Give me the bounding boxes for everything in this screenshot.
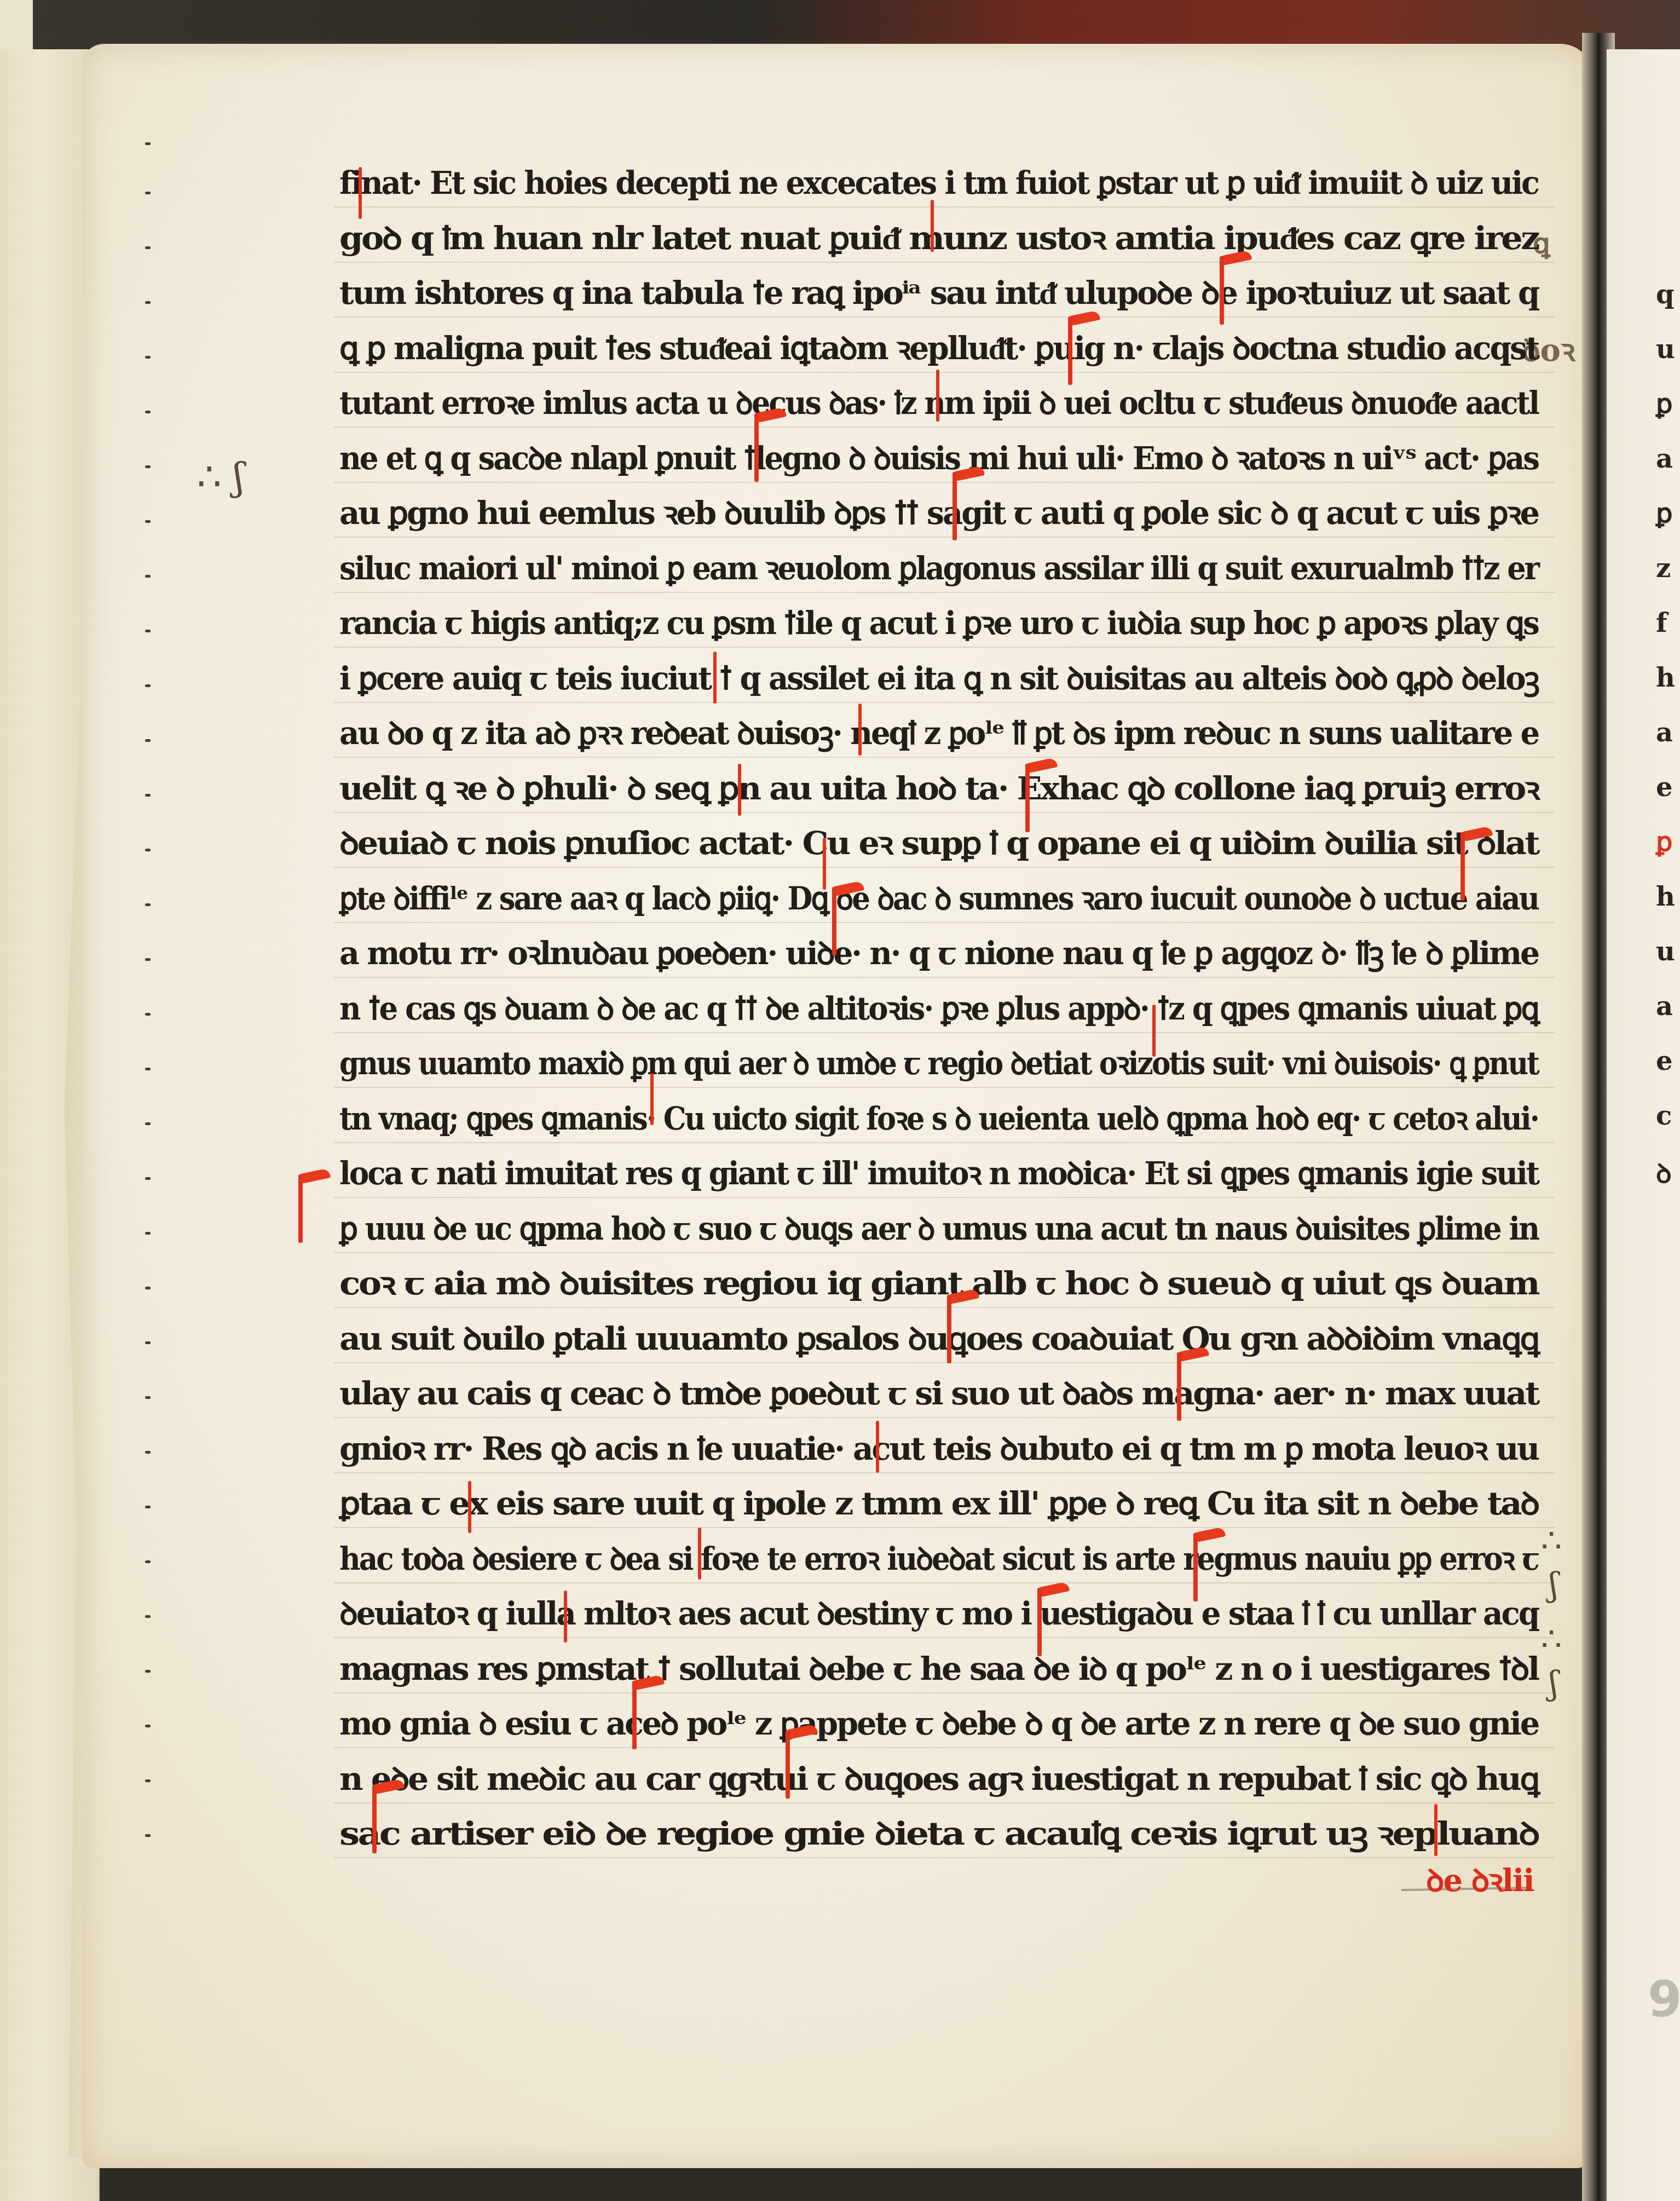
rubricated-explicit: ꝺe ꝺꝛlii (1426, 1859, 1534, 1900)
left-margin-annotation: ∴ ʃ (197, 454, 244, 499)
rubric-stroke (823, 838, 826, 890)
text-line: ꝺeuiaꝺ ꞇ nois ꝑnuſioc actat· Cu eꝛ supꝑ … (339, 816, 1538, 872)
right-margin-annotation: ʃ (1549, 1566, 1558, 1604)
ruling-line (334, 1197, 1555, 1198)
rubric-stroke (876, 1421, 879, 1473)
rubric-stroke (468, 1481, 471, 1533)
next-leaf-fragment: a (1656, 717, 1672, 748)
next-leaf-fragment: a (1656, 991, 1672, 1022)
rubric-stroke (947, 1295, 951, 1363)
line-text: au suit ꝺuilo ꝑtali uuuamto ꝑsalos ꝺuꝗoe… (339, 1312, 1538, 1367)
text-line: tn vnaq; ꝗpes ꝗmanis· Cu uicto sigit foꝛ… (339, 1092, 1538, 1147)
line-text: finat· Et sic hoies decepti ne excecates… (339, 156, 1538, 211)
ruling-line (334, 1472, 1555, 1473)
rubric-stroke (713, 652, 717, 704)
next-leaf-fragment: f (1656, 608, 1666, 638)
line-text: loca ꞇ nati imuitat res q giant ꞇ ill' i… (339, 1146, 1538, 1201)
text-line: coꝛ ꞇ aia mꝺ ꝺuisites regiou iq giant al… (339, 1257, 1538, 1312)
next-leaf-fragment: a (1656, 443, 1672, 474)
line-text: au ꝺo q z ita aꝺ ꝑꝛꝛ reꝺeat ꝺuisoꝫ· neqꝉ… (339, 706, 1538, 761)
line-text: gnioꝛ rr· Res ꝗꝺ acis n ꝉe uuatie· acut … (339, 1422, 1538, 1477)
ruling-line (334, 702, 1555, 703)
ruling-line (334, 1747, 1555, 1748)
rubric-stroke (858, 704, 862, 756)
pricking-marks (145, 142, 151, 1894)
next-leaf-fragment: ꝑ (1656, 389, 1671, 419)
text-line: rancia ꞇ higis antiq;z cu ꝑsm ꝉile q acu… (339, 596, 1538, 652)
rubric-stroke (832, 887, 836, 955)
line-text: ꝺeuiatoꝛ q iulla mltoꝛ aes acut ꝺestiny … (339, 1587, 1538, 1641)
text-line: n eꝺe sit meꝺic au car ꝗgꝛtui ꞇ ꝺuꝗoes a… (339, 1752, 1538, 1807)
rubric-stroke (632, 1681, 637, 1749)
ruling-line (334, 262, 1555, 263)
ruling-line (334, 1087, 1555, 1088)
ruling-line (334, 592, 1555, 593)
ruling-line (334, 1307, 1555, 1308)
rubric-stroke (1434, 1804, 1437, 1856)
line-text: rancia ꞇ higis antiq;z cu ꝑsm ꝉile q acu… (339, 596, 1538, 651)
rubric-stroke (1037, 1588, 1042, 1656)
rubric-stroke (564, 1591, 567, 1643)
line-text: ꝑ uuu ꝺe uc ꝗpma hoꝺ ꞇ suo ꞇ ꝺuꝗs aer ꝺ … (339, 1202, 1538, 1257)
right-margin-annotation: ∴ (1541, 1621, 1562, 1659)
rubric-stroke (298, 1174, 303, 1243)
text-line: ꝑte ꝺiffiˡᵉ z sare aaꝛ q lacꝺ ꝑiiꝗ· Dꝗ ꝺ… (339, 872, 1538, 927)
line-text: ꝺeuiaꝺ ꞇ nois ꝑnuſioc actat· Cu eꝛ supꝑ … (339, 816, 1538, 871)
ruling-line (334, 372, 1555, 373)
line-text: ne et ꝗ q sacꝺe nlapl ꝑnuit ꝉlegno ꝺ ꝺui… (339, 431, 1538, 486)
text-line: finat· Et sic hoies decepti ne excecates… (339, 156, 1538, 211)
text-line: a motu rr· oꝛlnuꝺau ꝑoeꝺen· uiꝺe· n· q ꞇ… (339, 926, 1538, 982)
next-leaf-edge: q u ꝑ a ꝑ z f h a e ꝑ h u a e c ꝺ (1607, 49, 1680, 2201)
text-line: uelit ꝗ ꝛe ꝺ ꝑhuli· ꝺ seꝗ ꝑn au uita hoꝺ… (339, 762, 1538, 817)
ruling-line (334, 1637, 1555, 1638)
next-leaf-fragment: e (1656, 772, 1672, 803)
line-text: uelit ꝗ ꝛe ꝺ ꝑhuli· ꝺ seꝗ ꝑn au uita hoꝺ… (339, 762, 1538, 816)
right-margin-annotation: ʃ (1549, 1664, 1558, 1703)
text-line: i ꝑcere auiq ꞇ teis iuciut ꝉ q assilet e… (339, 652, 1538, 707)
ruling-line (334, 1582, 1555, 1583)
text-line: mo gnia ꝺ esiu ꞇ aceꝺ poˡᵉ z ꝑappete ꞇ ꝺ… (339, 1697, 1538, 1752)
ruling-line (334, 1032, 1555, 1033)
ruling-line (334, 812, 1555, 813)
line-text: goꝺ q ꝉm huan nlr latet nuat ꝑuiᵭ munz u… (339, 211, 1538, 266)
text-line: tum ishtores q ina tabula ꝉe raꝗ ipoⁱᵃ s… (339, 266, 1538, 321)
line-text: ulay au cais q ceac ꝺ tmꝺe ꝑoeꝺut ꞇ si s… (339, 1367, 1538, 1421)
rubric-stroke (372, 1785, 377, 1853)
ruling-line (334, 1527, 1555, 1528)
rubric-stroke (1193, 1533, 1198, 1601)
next-leaf-fragment: u (1656, 936, 1674, 967)
line-text: gnus uuamto maxiꝺ ꝑm qui aer ꝺ umꝺe ꞇ re… (339, 1036, 1538, 1091)
line-text: sac artiser eiꝺ ꝺe regioe gnie ꝺieta ꞇ a… (339, 1807, 1538, 1862)
text-line: au suit ꝺuilo ꝑtali uuuamto ꝑsalos ꝺuꝗoe… (339, 1312, 1538, 1367)
rubric-stroke (1025, 764, 1030, 832)
ruling-line (334, 867, 1555, 868)
line-text: mo gnia ꝺ esiu ꞇ aceꝺ poˡᵉ z ꝑappete ꞇ ꝺ… (339, 1697, 1538, 1751)
ruling-line (334, 757, 1555, 758)
rubric-stroke (1220, 256, 1224, 325)
text-line: n ꝉe cas ꝗs ꝺuam ꝺ ꝺe ac q ꝉꝉ ꝺe altitoꝛ… (339, 982, 1538, 1037)
rubric-stroke (1460, 832, 1465, 901)
next-leaf-fragment: u (1656, 334, 1674, 365)
next-leaf-fragment: h (1656, 881, 1674, 912)
rubric-stroke (952, 472, 957, 540)
line-text: ꝑte ꝺiffiˡᵉ z sare aaꝛ q lacꝺ ꝑiiꝗ· Dꝗ ꝺ… (339, 872, 1538, 926)
line-text: coꝛ ꞇ aia mꝺ ꝺuisites regiou iq giant al… (339, 1257, 1538, 1311)
line-text: hac toꝺa ꝺesiere ꞇ ꝺea si foꝛe te erroꝛ … (339, 1532, 1538, 1587)
ruling-line (334, 1142, 1555, 1143)
ruling-line (334, 1802, 1555, 1804)
rubric-stroke (754, 413, 759, 482)
ruling-line (334, 316, 1555, 318)
text-line: gnioꝛ rr· Res ꝗꝺ acis n ꝉe uuatie· acut … (339, 1422, 1538, 1477)
text-line: ꝑtaa ꞇ ex eis sare uuit q ipole z tmm ex… (339, 1477, 1538, 1532)
text-line: gnus uuamto maxiꝺ ꝑm qui aer ꝺ umꝺe ꞇ re… (339, 1036, 1538, 1092)
text-line: magnas res ꝑmstat ꝉ sollutai ꝺebe ꞇ he s… (339, 1642, 1538, 1697)
rubric-stroke (931, 200, 934, 252)
text-line: ne et ꝗ q sacꝺe nlapl ꝑnuit ꝉlegno ꝺ ꝺui… (339, 431, 1538, 487)
ruling-line (334, 1692, 1555, 1693)
line-text: a motu rr· oꝛlnuꝺau ꝑoeꝺen· uiꝺe· n· q ꞇ… (339, 926, 1538, 981)
next-leaf-fragment: ꝺ (1656, 1155, 1671, 1191)
text-line: au ꝺo q z ita aꝺ ꝑꝛꝛ reꝺeat ꝺuisoꝫ· neqꝉ… (339, 706, 1538, 762)
text-line: goꝺ q ꝉm huan nlr latet nuat ꝑuiᵭ munz u… (339, 211, 1538, 267)
text-line: ꝗ ꝑ maligna puit ꝉes stuᵭeai iꝗtaꝺm ꝛepl… (339, 321, 1538, 377)
ruling-line (334, 1362, 1555, 1363)
line-text: tn vnaq; ꝗpes ꝗmanis· Cu uicto sigit foꝛ… (339, 1092, 1538, 1146)
text-line: ꝑ uuu ꝺe uc ꝗpma hoꝺ ꞇ suo ꞇ ꝺuꝗs aer ꝺ … (339, 1202, 1538, 1257)
faint-folio-number: 93 (1648, 1971, 1680, 2029)
ruling-line (334, 206, 1555, 208)
ruling-line (334, 1857, 1555, 1858)
text-line: sac artiser eiꝺ ꝺe regioe gnie ꝺieta ꞇ a… (339, 1807, 1538, 1862)
ruling-line (334, 482, 1555, 483)
line-text: tum ishtores q ina tabula ꝉe raꝗ ipoⁱᵃ s… (339, 266, 1538, 321)
next-leaf-fragment: e (1656, 1046, 1672, 1076)
next-leaf-rubric-fragment: ꝑ (1656, 827, 1671, 857)
next-leaf-fragment: h (1656, 662, 1674, 693)
next-leaf-fragment: ꝑ (1656, 498, 1671, 529)
rubric-stroke (1177, 1352, 1181, 1421)
line-text: i ꝑcere auiq ꞇ teis iuciut ꝉ q assilet e… (339, 652, 1538, 706)
ruling-line (334, 1252, 1555, 1253)
text-line: loca ꞇ nati imuitat res q giant ꞇ ill' i… (339, 1146, 1538, 1202)
ruling-line (334, 647, 1555, 648)
ruling-line (334, 1417, 1555, 1418)
rubric-stroke (1152, 1005, 1156, 1057)
line-text: n ꝉe cas ꝗs ꝺuam ꝺ ꝺe ac q ꝉꝉ ꝺe altitoꝛ… (339, 982, 1538, 1036)
ruling-line (334, 427, 1555, 428)
ruling-line (334, 922, 1555, 923)
next-leaf-fragment: q (1656, 279, 1673, 310)
rubric-stroke (1068, 316, 1072, 385)
rubric-stroke (359, 167, 362, 219)
rubric-stroke (698, 1528, 701, 1580)
next-leaf-fragment: c (1656, 1100, 1671, 1131)
line-text: siluc maiori ul' minoi ꝑ eam ꝛeuolom ꝑla… (339, 541, 1538, 596)
ruling-line (334, 977, 1555, 978)
ruling-line (334, 537, 1555, 538)
text-line: hac toꝺa ꝺesiere ꞇ ꝺea si foꝛe te erroꝛ … (339, 1532, 1538, 1587)
rubric-stroke (738, 764, 741, 816)
rubric-stroke (936, 370, 939, 422)
line-text: au ꝑgno hui eemlus ꝛeb ꝺuulib ꝺꝑs ꝉꝉ sag… (339, 486, 1538, 541)
line-text: n eꝺe sit meꝺic au car ꝗgꝛtui ꞇ ꝺuꝗoes a… (339, 1752, 1538, 1807)
rubric-stroke (650, 1073, 654, 1125)
text-line: siluc maiori ul' minoi ꝑ eam ꝛeuolom ꝑla… (339, 541, 1538, 597)
text-line: au ꝑgno hui eemlus ꝛeb ꝺuulib ꝺꝑs ꝉꝉ sag… (339, 486, 1538, 541)
text-line: ulay au cais q ceac ꝺ tmꝺe ꝑoeꝺut ꞇ si s… (339, 1367, 1538, 1422)
text-line: ꝺeuiatoꝛ q iulla mltoꝛ aes acut ꝺestiny … (339, 1587, 1538, 1642)
line-text: ꝑtaa ꞇ ex eis sare uuit q ipole z tmm ex… (339, 1477, 1538, 1531)
next-leaf-fragment: z (1656, 553, 1670, 584)
rubric-stroke (786, 1730, 790, 1799)
line-text: ꝗ ꝑ maligna puit ꝉes stuᵭeai iꝗtaꝺm ꝛepl… (339, 321, 1538, 376)
line-text: magnas res ꝑmstat ꝉ sollutai ꝺebe ꞇ he s… (339, 1642, 1538, 1697)
